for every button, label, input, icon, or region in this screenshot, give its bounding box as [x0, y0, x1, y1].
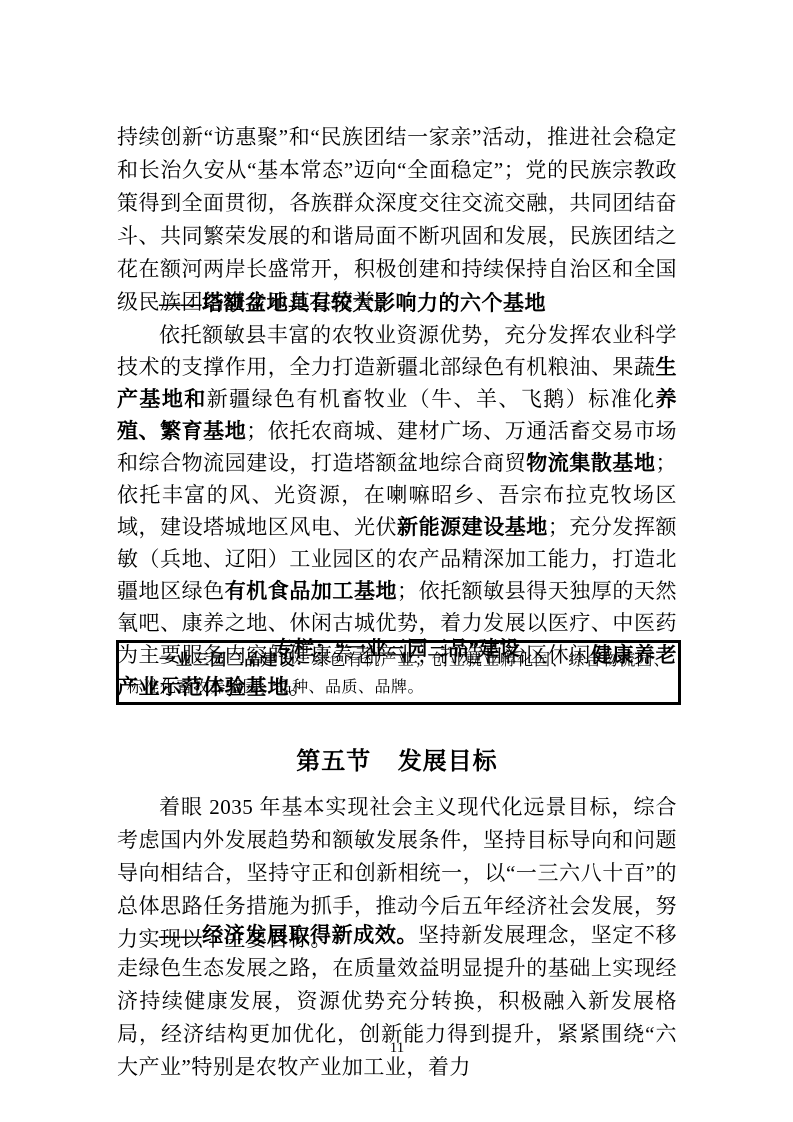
column-box-one-industry-three-parks: 一业三园三品建设：绿色有机产业；创业就业孵化园、综合物流园、标准化畜牧养殖园；品…: [116, 640, 681, 705]
subheading-six-bases: ——塔额盆地具有较大影响力的六个基地: [117, 287, 677, 320]
section-heading-title: 发展目标: [398, 748, 498, 775]
page-number: 11: [117, 1038, 677, 1058]
paragraph-economic-achievements: ——经济发展取得新成效。坚持新发展理念，坚定不移走绿色生态发展之路，在质量效益明…: [117, 919, 677, 1084]
document-page: 持续创新“访惠聚”和“民族团结一家亲”活动，推进社会稳定和长治久安从“基本常态”…: [0, 0, 793, 1122]
section-heading: 第五节发展目标: [117, 746, 677, 778]
section-heading-number: 第五节: [296, 748, 371, 775]
